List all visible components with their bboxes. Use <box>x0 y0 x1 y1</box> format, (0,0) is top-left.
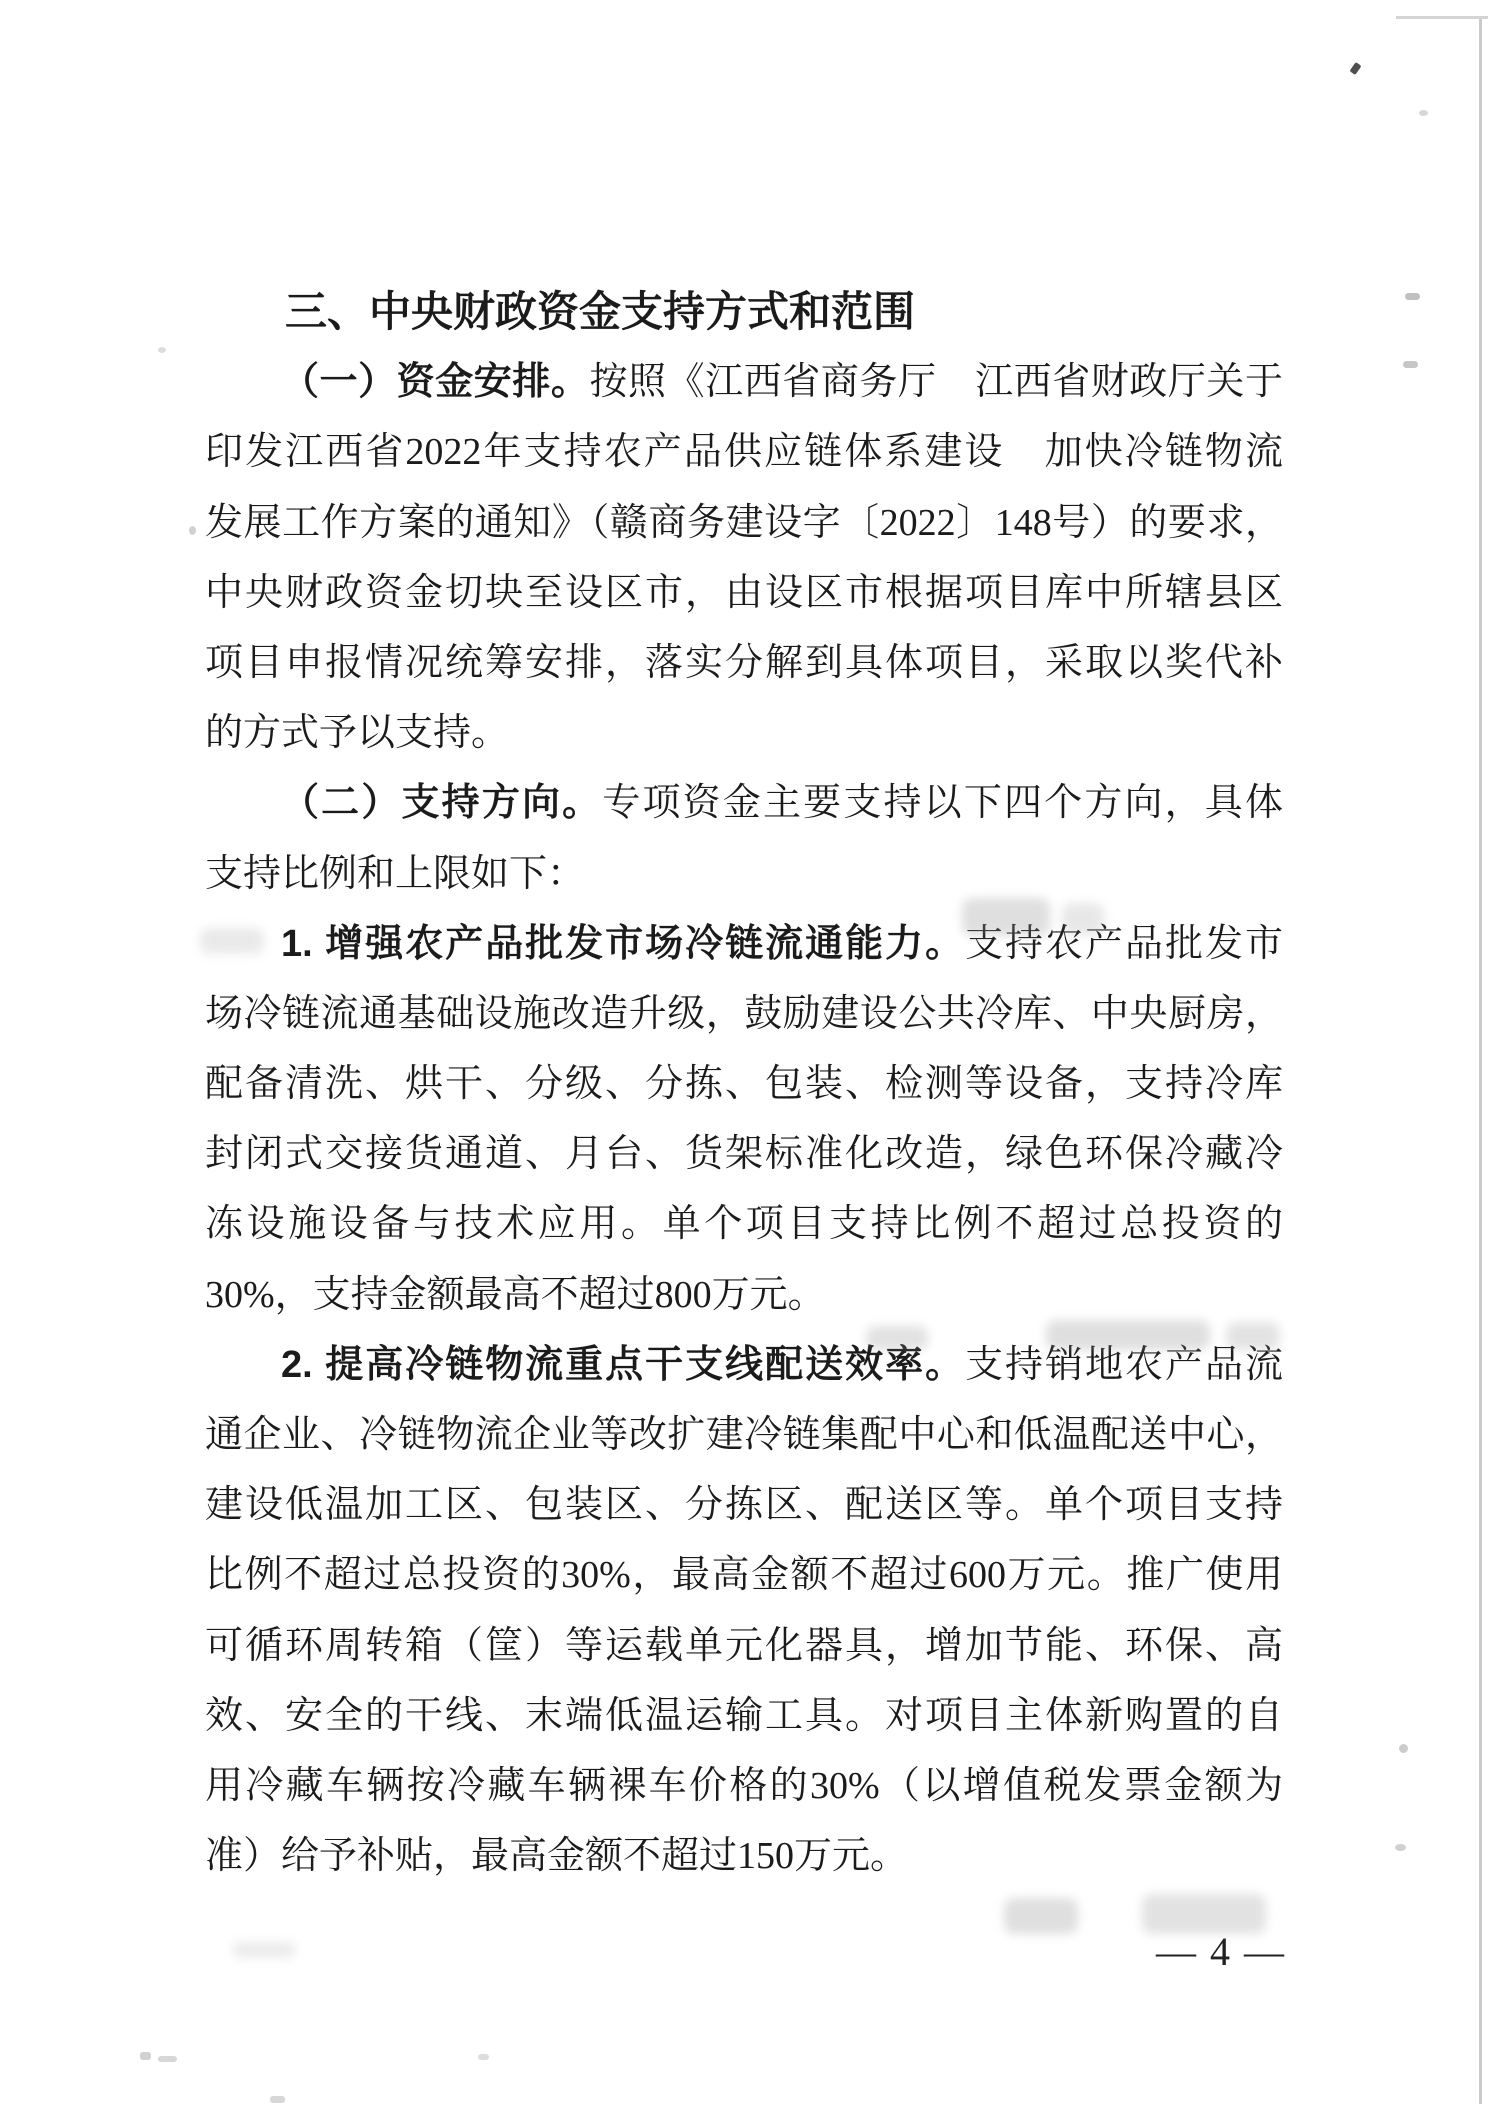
line-text: 封闭式交接货通道、月台、货架标准化改造，绿色环保冷藏冷 <box>205 1133 1283 1175</box>
scan-smudge <box>962 898 1050 936</box>
scan-speck <box>1405 293 1420 300</box>
line-text: 用冷藏车辆按冷藏车辆裸车价格的30%（以增值税发票金额为 <box>205 1765 1283 1807</box>
scan-smudge <box>1004 1898 1078 1934</box>
line-text: 发展工作方案的通知》（赣商务建设字〔2022〕148号）的要求， <box>205 502 1283 544</box>
scan-smudge <box>1226 1322 1280 1350</box>
line-text: 项目申报情况统筹安排，落实分解到具体项目，采取以奖代补 <box>205 642 1283 684</box>
line-text: 冻设施设备与技术应用。单个项目支持比例不超过总投资的 <box>205 1203 1283 1245</box>
line-text: 中央财政资金切块至设区市，由设区市根据项目库中所辖县区 <box>205 572 1283 614</box>
scan-speck <box>270 2096 285 2103</box>
text-line: 1. 增强农产品批发市场冷链流通能力。支持农产品批发市 <box>205 909 1283 979</box>
scan-smudge <box>200 928 264 954</box>
text-line: 用冷藏车辆按冷藏车辆裸车价格的30%（以增值税发票金额为 <box>205 1751 1283 1821</box>
section-heading-text: 三、中央财政资金支持方式和范围 <box>285 288 915 335</box>
page-number: — 4 — <box>1156 1928 1286 1976</box>
text-line: （一）资金安排。按照《江西省商务厅 江西省财政厅关于 <box>205 347 1283 417</box>
line-text: 按照《江西省商务厅 江西省财政厅关于 <box>589 361 1283 403</box>
line-text: 配备清洗、烘干、分级、分拣、包装、检测等设备，支持冷库 <box>205 1063 1283 1105</box>
section-heading: 三、中央财政资金支持方式和范围 <box>205 277 1283 347</box>
text-line: 可循环周转箱（筐）等运载单元化器具，增加节能、环保、高 <box>205 1611 1283 1681</box>
scan-speck <box>140 2052 151 2060</box>
text-line: 场冷链流通基础设施改造升级，鼓励建设公共冷库、中央厨房， <box>205 979 1283 1049</box>
scan-speck <box>189 526 196 535</box>
text-line: 印发江西省2022年支持农产品供应链体系建设 加快冷链物流 <box>205 417 1283 487</box>
text-line: 中央财政资金切块至设区市，由设区市根据项目库中所辖县区 <box>205 558 1283 628</box>
line-text: 印发江西省2022年支持农产品供应链体系建设 加快冷链物流 <box>205 431 1283 473</box>
text-line: 准）给予补贴，最高金额不超过150万元。 <box>205 1821 1283 1891</box>
page-edge-shadow-horizontal <box>1396 16 1488 19</box>
line-text: 准）给予补贴，最高金额不超过150万元。 <box>205 1835 908 1877</box>
text-line: 通企业、冷链物流企业等改扩建冷链集配中心和低温配送中心， <box>205 1400 1283 1470</box>
line-text: 比例不超过总投资的30%，最高金额不超过600万元。推广使用 <box>205 1554 1283 1596</box>
line-text: 可循环周转箱（筐）等运载单元化器具，增加节能、环保、高 <box>205 1625 1283 1667</box>
text-line: 建设低温加工区、包装区、分拣区、配送区等。单个项目支持 <box>205 1470 1283 1540</box>
scan-speck <box>158 2056 177 2062</box>
scan-smudge <box>232 1942 296 1958</box>
line-text: 专项资金主要支持以下四个方向，具体 <box>602 782 1283 824</box>
scan-speck <box>1399 1744 1408 1753</box>
scan-speck <box>1349 62 1361 75</box>
scanned-document-page: { "document": { "heading": "三、中央财政资金支持方式… <box>0 0 1488 2104</box>
scan-speck <box>1419 110 1428 116</box>
line-text: 效、安全的干线、末端低温运输工具。对项目主体新购置的自 <box>205 1695 1283 1737</box>
text-line: 配备清洗、烘干、分级、分拣、包装、检测等设备，支持冷库 <box>205 1049 1283 1119</box>
scan-speck <box>158 347 166 353</box>
text-line: 发展工作方案的通知》（赣商务建设字〔2022〕148号）的要求， <box>205 488 1283 558</box>
scan-speck <box>478 2054 489 2060</box>
scan-speck <box>1403 361 1418 368</box>
scan-smudge <box>1142 1894 1266 1934</box>
document-body: 三、中央财政资金支持方式和范围 （一）资金安排。按照《江西省商务厅 江西省财政厅… <box>205 277 1283 1891</box>
line-text: 的方式予以支持。 <box>205 712 509 754</box>
line-text: 支持比例和上限如下： <box>205 853 585 895</box>
text-line: 比例不超过总投资的30%，最高金额不超过600万元。推广使用 <box>205 1540 1283 1610</box>
line-lead: 1. 增强农产品批发市场冷链流通能力。 <box>281 923 965 965</box>
line-lead: （二）支持方向。 <box>281 782 602 824</box>
scan-smudge <box>866 1326 928 1350</box>
text-line: 的方式予以支持。 <box>205 698 1283 768</box>
text-line: 冻设施设备与技术应用。单个项目支持比例不超过总投资的 <box>205 1189 1283 1259</box>
page-edge-shadow-vertical <box>1479 16 1482 2104</box>
scan-speck <box>1395 1844 1406 1851</box>
line-text: 建设低温加工区、包装区、分拣区、配送区等。单个项目支持 <box>205 1484 1283 1526</box>
text-line: 封闭式交接货通道、月台、货架标准化改造，绿色环保冷藏冷 <box>205 1119 1283 1189</box>
text-line: （二）支持方向。专项资金主要支持以下四个方向，具体 <box>205 768 1283 838</box>
scan-smudge <box>1046 1320 1210 1350</box>
line-text: 场冷链流通基础设施改造升级，鼓励建设公共冷库、中央厨房， <box>205 993 1283 1035</box>
text-line: 效、安全的干线、末端低温运输工具。对项目主体新购置的自 <box>205 1681 1283 1751</box>
line-text: 30%，支持金额最高不超过800万元。 <box>205 1274 826 1316</box>
line-text: 通企业、冷链物流企业等改扩建冷链集配中心和低温配送中心， <box>205 1414 1283 1456</box>
line-text: 支持销地农产品流 <box>965 1344 1283 1386</box>
line-lead: （一）资金安排。 <box>281 361 589 403</box>
text-line: 支持比例和上限如下： <box>205 839 1283 909</box>
scan-smudge <box>1062 903 1104 935</box>
line-lead: 2. 提高冷链物流重点干支线配送效率。 <box>281 1344 965 1386</box>
text-line: 项目申报情况统筹安排，落实分解到具体项目，采取以奖代补 <box>205 628 1283 698</box>
